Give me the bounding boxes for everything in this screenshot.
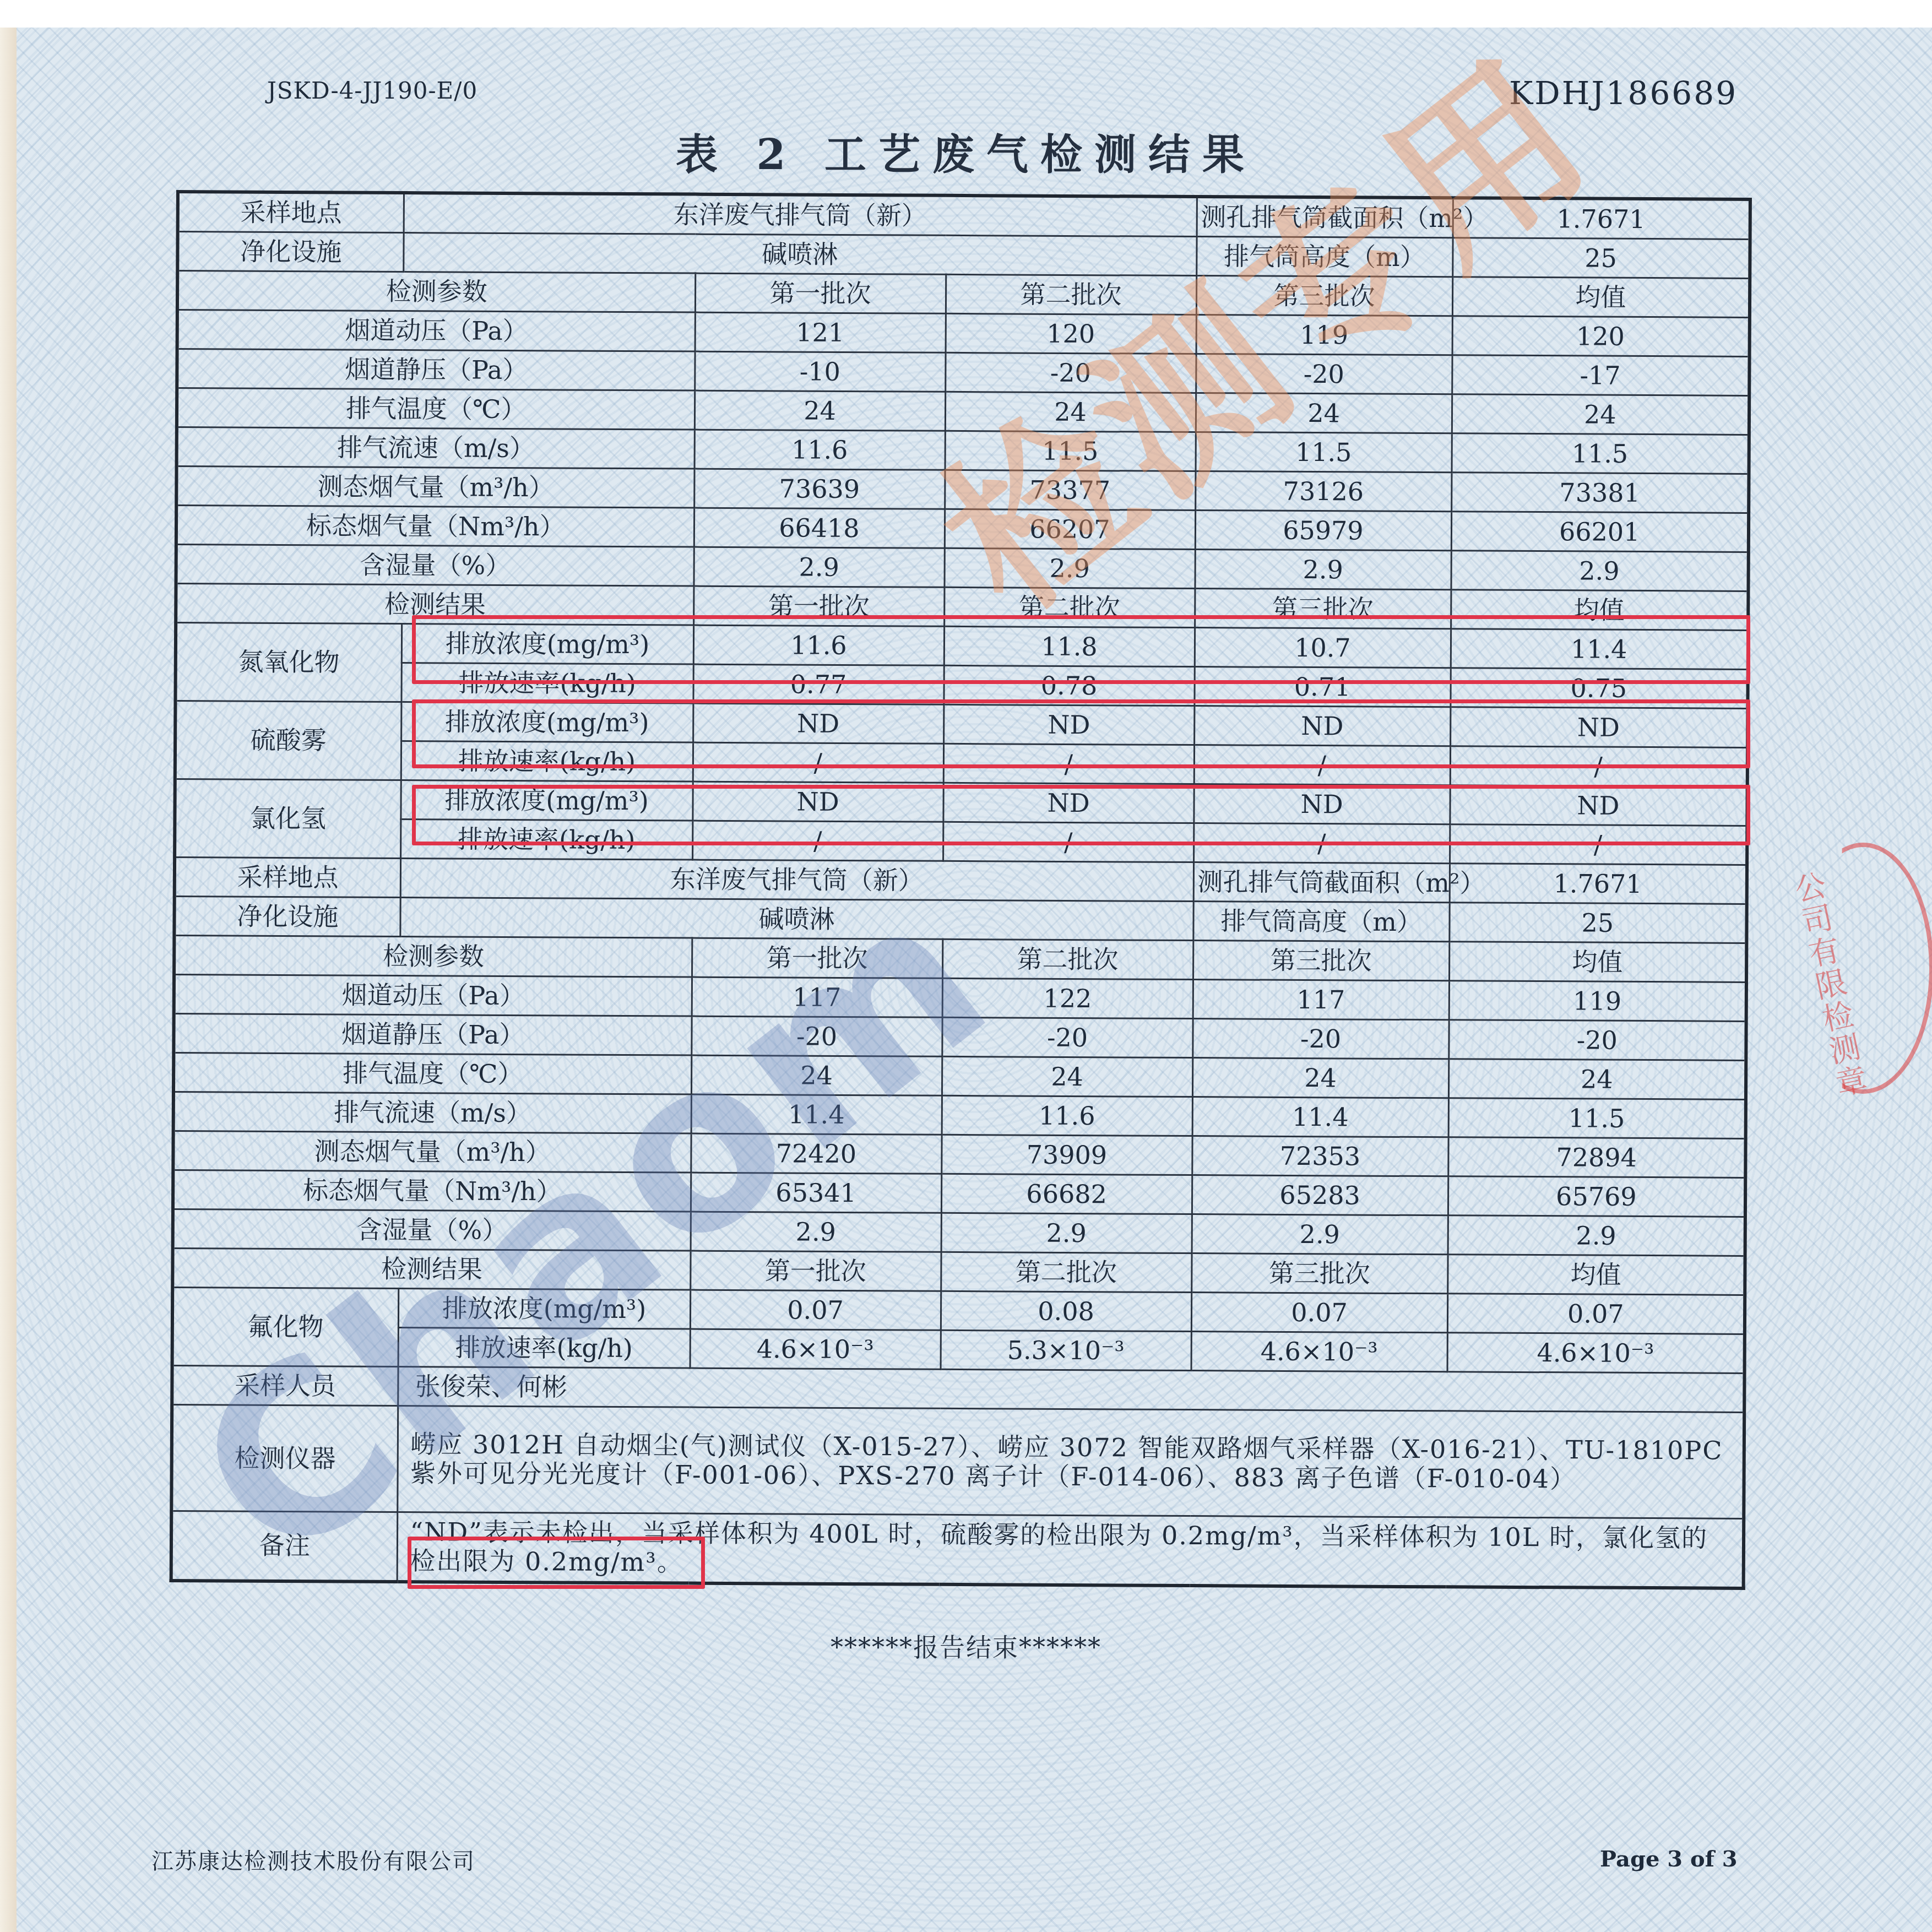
pollutant-value: 10.7 <box>1195 628 1451 668</box>
pollutant-value: / <box>1450 824 1747 865</box>
pollutant-value: / <box>692 821 943 861</box>
param-value: 24 <box>1196 393 1452 433</box>
pollutant-value: / <box>943 822 1193 862</box>
param-value: 11.5 <box>945 431 1196 471</box>
batch-header: 均值 <box>1452 277 1750 318</box>
pollutant-item: 排放速率(kg/h) <box>400 820 692 860</box>
stack-height-label: 排气筒高度（m） <box>1196 237 1452 277</box>
sampling-point-label: 采样地点 <box>175 858 400 898</box>
param-name: 烟道静压（Pa） <box>177 349 694 391</box>
param-name: 含湿量（%） <box>173 1209 691 1251</box>
stack-area-label: 测孔排气筒截面积（m²） <box>1197 197 1453 238</box>
param-value: 120 <box>1452 316 1750 357</box>
sampling-point-value: 东洋废气排气筒（新） <box>404 193 1197 237</box>
param-value: 122 <box>942 978 1193 1018</box>
param-value: 66207 <box>945 509 1195 549</box>
param-value: 117 <box>1193 980 1449 1020</box>
pollutant-item: 排放浓度(mg/m³) <box>401 624 693 665</box>
param-value: 121 <box>695 312 946 352</box>
param-value: 66418 <box>694 508 945 548</box>
pollutant-item: 排放速率(kg/h) <box>401 663 693 704</box>
remarks-value: “ND”表示未检出，当采样体积为 400L 时，硫酸雾的检出限为 0.2mg/m… <box>397 1512 1744 1588</box>
batch-header: 均值 <box>1447 1255 1745 1295</box>
param-name: 烟道动压（Pa） <box>177 310 695 352</box>
param-name: 排气流速（m/s） <box>173 1092 691 1133</box>
batch-header: 第一批次 <box>693 586 944 626</box>
param-value: -20 <box>945 352 1196 393</box>
param-value: 11.5 <box>1452 433 1749 474</box>
param-value: 2.9 <box>691 1212 941 1252</box>
param-value: 24 <box>1192 1058 1448 1098</box>
param-value: 72894 <box>1448 1137 1745 1178</box>
param-name: 含湿量（%） <box>176 545 694 587</box>
param-value: 2.9 <box>1448 1215 1745 1256</box>
param-value: 65341 <box>691 1173 941 1213</box>
batch-header: 第三批次 <box>1191 1253 1447 1294</box>
pollutant-value: / <box>1193 823 1450 864</box>
param-value: 66201 <box>1451 512 1749 552</box>
param-value: 2.9 <box>1192 1214 1448 1255</box>
pollutant-value: ND <box>1450 707 1748 748</box>
param-value: 65769 <box>1448 1176 1745 1217</box>
param-value: 73126 <box>1195 471 1451 512</box>
pollutant-value: ND <box>1193 784 1450 824</box>
param-value: -10 <box>694 351 945 392</box>
samplers-label: 采样人员 <box>172 1365 398 1405</box>
page-number: Page 3 of 3 <box>1600 1846 1738 1872</box>
table-row: 备注“ND”表示未检出，当采样体积为 400L 时，硫酸雾的检出限为 0.2mg… <box>171 1511 1744 1588</box>
pollutant-value: 0.07 <box>1191 1293 1447 1333</box>
batch-header: 第二批次 <box>941 1252 1191 1292</box>
param-value: 11.6 <box>694 430 945 470</box>
pollutant-value: 0.78 <box>943 665 1194 705</box>
param-value: 2.9 <box>941 1213 1192 1253</box>
pollutant-value: ND <box>943 783 1193 823</box>
param-value: -20 <box>1448 1020 1746 1061</box>
param-value: 66682 <box>941 1174 1192 1214</box>
batch-header: 均值 <box>1451 590 1748 631</box>
param-value: 24 <box>1452 394 1749 435</box>
batch-header: 第二批次 <box>946 274 1196 314</box>
batch-header: 第三批次 <box>1193 941 1449 981</box>
pollutant-name: 硫酸雾 <box>175 701 401 780</box>
param-value: 119 <box>1196 315 1452 355</box>
batch-header: 第三批次 <box>1196 276 1452 316</box>
param-value: 73909 <box>941 1135 1192 1175</box>
purification-label: 净化设施 <box>174 896 400 936</box>
company-name: 江苏康达检测技术股份有限公司 <box>151 1844 475 1875</box>
param-name: 测态烟气量（m³/h） <box>176 466 694 508</box>
pollutant-value: 4.6×10⁻³ <box>690 1329 941 1369</box>
param-value: 24 <box>945 392 1196 432</box>
param-value: 72353 <box>1192 1136 1448 1176</box>
pollutant-value: ND <box>693 703 943 744</box>
param-value: 2.9 <box>1451 551 1748 591</box>
param-value: 72420 <box>691 1133 941 1174</box>
pollutant-value: 0.77 <box>693 664 943 704</box>
pollutant-item: 排放浓度(mg/m³) <box>400 780 692 821</box>
param-value: 24 <box>694 390 945 431</box>
param-value: 120 <box>946 313 1196 354</box>
pollutant-value: 0.07 <box>690 1290 941 1330</box>
param-value: 73377 <box>945 470 1195 510</box>
table-row: 采样地点东洋废气排气筒（新）测孔排气筒截面积（m²）1.7671 <box>178 192 1750 239</box>
pollutant-value: 5.3×10⁻³ <box>941 1330 1191 1370</box>
stack-height-value: 25 <box>1449 903 1746 943</box>
pollutant-name: 氮氧化物 <box>175 623 401 702</box>
pollutant-value: ND <box>1450 785 1747 826</box>
remarks-label: 备注 <box>171 1511 398 1581</box>
param-value: 24 <box>691 1055 942 1095</box>
batch-header: 第一批次 <box>692 938 942 978</box>
pollutant-item: 排放速率(kg/h) <box>398 1327 690 1368</box>
param-value: 2.9 <box>1195 550 1451 590</box>
batch-header: 均值 <box>1449 942 1746 983</box>
pollutant-value: ND <box>692 782 943 822</box>
nd-definition: “ND”表示未检出， <box>410 1517 641 1548</box>
sampling-point-label: 采样地点 <box>178 192 404 233</box>
table-row: 检测仪器崂应 3012H 自动烟尘(气)测试仪（X-015-27）、崂应 307… <box>171 1404 1744 1518</box>
pollutant-value: 4.6×10⁻³ <box>1447 1333 1745 1374</box>
param-value: -20 <box>691 1016 942 1056</box>
pollutant-value: 4.6×10⁻³ <box>1191 1332 1447 1372</box>
samplers-value: 张俊荣、何彬 <box>398 1366 1744 1412</box>
param-name: 烟道静压（Pa） <box>173 1013 691 1055</box>
results-header: 检测结果 <box>176 584 693 626</box>
pollutant-value: 0.08 <box>941 1291 1191 1331</box>
pollutant-value: 11.8 <box>944 626 1195 666</box>
instruments-value: 崂应 3012H 自动烟尘(气)测试仪（X-015-27）、崂应 3072 智能… <box>397 1405 1744 1518</box>
report-end-mark: ******报告结束****** <box>0 1627 1932 1664</box>
purification-label: 净化设施 <box>177 232 403 272</box>
param-value: 11.4 <box>1192 1097 1448 1137</box>
stack-height-value: 25 <box>1452 238 1750 279</box>
param-name: 排气温度（℃） <box>173 1052 691 1094</box>
params-header: 检测参数 <box>174 935 692 977</box>
stack-height-label: 排气筒高度（m） <box>1193 902 1449 942</box>
instruments-label: 检测仪器 <box>171 1404 398 1512</box>
param-value: 24 <box>942 1056 1192 1097</box>
stack-area-value: 1.7671 <box>1453 198 1750 239</box>
batch-header: 第二批次 <box>942 939 1193 979</box>
report-number: KDHJ186689 <box>1509 74 1738 112</box>
pollutant-value: / <box>693 742 943 783</box>
stack-area-label: 测孔排气筒截面积（m²） <box>1193 862 1450 903</box>
param-value: 11.4 <box>691 1094 942 1135</box>
param-value: 2.9 <box>693 547 944 587</box>
pollutant-value: ND <box>1194 706 1450 746</box>
param-name: 测态烟气量（m³/h） <box>173 1131 691 1173</box>
batch-header: 第一批次 <box>690 1251 941 1291</box>
stack-area-value: 1.7671 <box>1450 864 1747 904</box>
pollutant-value: / <box>943 744 1194 784</box>
param-value: -20 <box>942 1017 1192 1057</box>
results-header: 检测结果 <box>172 1248 690 1290</box>
param-value: 73639 <box>694 469 945 509</box>
param-value: 11.6 <box>942 1095 1192 1136</box>
pollutant-value: 0.07 <box>1447 1294 1745 1334</box>
param-value: -17 <box>1452 355 1749 396</box>
pollutant-item: 排放浓度(mg/m³) <box>401 702 693 743</box>
param-name: 标态烟气量（Nm³/h） <box>173 1170 691 1212</box>
batch-header: 第一批次 <box>695 273 946 313</box>
purification-value: 碱喷淋 <box>403 233 1196 276</box>
pollutant-value: ND <box>943 704 1194 745</box>
pollutant-name: 氟化物 <box>172 1287 399 1366</box>
document-code: JSKD-4-JJ190-E/0 <box>267 77 477 104</box>
pollutant-item: 排放速率(kg/h) <box>401 741 693 782</box>
exhaust-gas-results-table: 采样地点东洋废气排气筒（新）测孔排气筒截面积（m²）1.7671净化设施碱喷淋排… <box>170 190 1752 1590</box>
batch-header: 第三批次 <box>1195 589 1451 629</box>
batch-header: 第二批次 <box>944 587 1195 627</box>
param-value: 73381 <box>1451 473 1749 513</box>
param-name: 排气流速（m/s） <box>177 427 694 469</box>
param-value: 11.5 <box>1448 1098 1746 1139</box>
pollutant-value: / <box>1194 745 1450 785</box>
params-header: 检测参数 <box>177 271 695 313</box>
report-title: 表 2 工艺废气检测结果 <box>0 121 1932 181</box>
param-value: 24 <box>1448 1059 1746 1100</box>
param-value: -20 <box>1196 354 1452 394</box>
param-name: 排气温度（℃） <box>177 388 694 430</box>
param-value: 119 <box>1449 981 1746 1022</box>
param-value: -20 <box>1192 1019 1448 1059</box>
param-value: 11.5 <box>1196 432 1452 473</box>
pollutant-item: 排放浓度(mg/m³) <box>398 1288 690 1329</box>
pollutant-name: 氯化氢 <box>175 779 401 859</box>
purification-value: 碱喷淋 <box>400 898 1193 941</box>
param-value: 65979 <box>1195 511 1451 551</box>
param-name: 烟道动压（Pa） <box>174 974 692 1016</box>
pollutant-value: 0.71 <box>1194 667 1450 707</box>
pollutant-value: / <box>1450 746 1748 787</box>
param-name: 标态烟气量（Nm³/h） <box>176 506 694 547</box>
pollutant-value: 11.6 <box>693 625 944 665</box>
param-value: 117 <box>692 977 942 1017</box>
param-value: 2.9 <box>944 548 1195 588</box>
pollutant-value: 0.75 <box>1450 668 1748 709</box>
pollutant-value: 11.4 <box>1451 629 1748 670</box>
sampling-point-value: 东洋废气排气筒（新） <box>400 859 1193 902</box>
param-value: 65283 <box>1192 1175 1448 1215</box>
